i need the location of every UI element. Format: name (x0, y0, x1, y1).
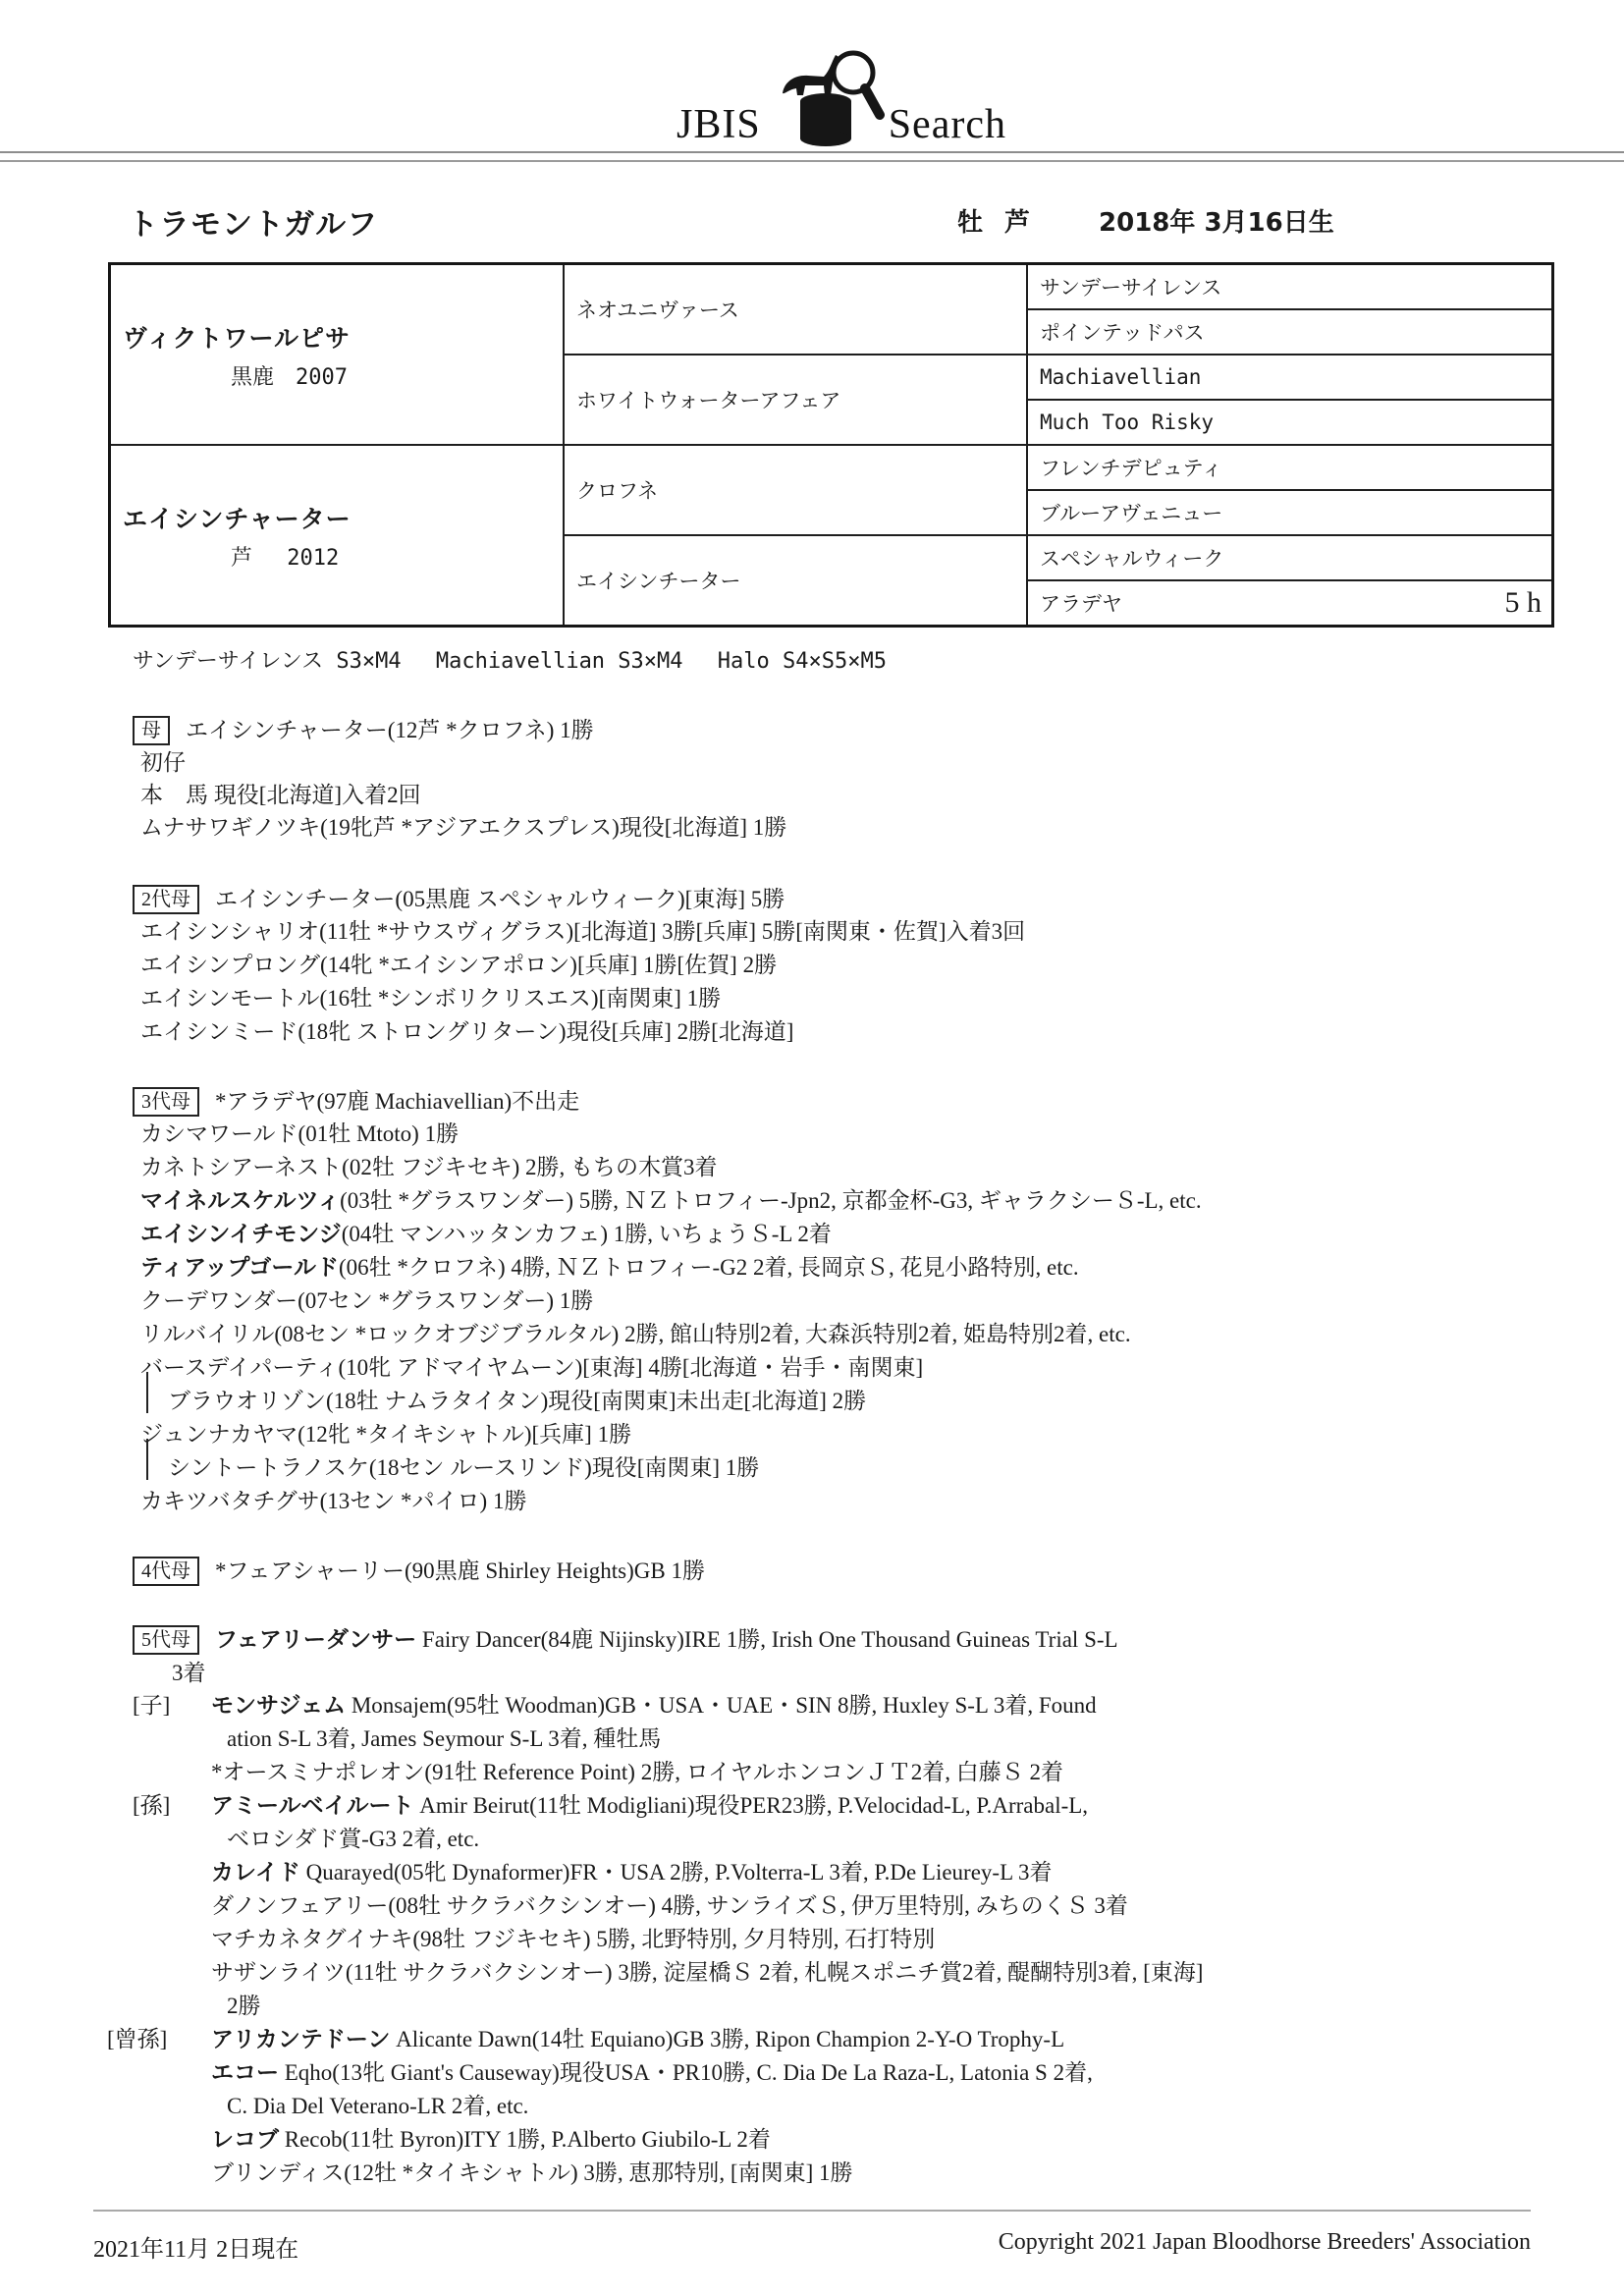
gen3-name: アラデヤ (1040, 588, 1122, 618)
head-continuation: 3着 (172, 1657, 1531, 1689)
descendant-group-children: [子] モンサジェム Monsajem(95牡 Woodman)GB・USA・U… (133, 1689, 1531, 1789)
offspring-line-continuation: C. Dia Del Veterano-LR 2着, etc. (227, 2090, 1531, 2123)
offspring-line: ダノンフェアリー(08牡 サクラバクシンオー) 4勝, サンライズＳ, 伊万里特… (211, 1889, 1531, 1923)
offspring-line: カキツバタチグサ(13セン *パイロ) 1勝 (140, 1485, 1531, 1518)
pedigree-cell-gen3-4: フレンチデピュティ (1027, 445, 1553, 490)
offspring-line: モンサジェム Monsajem(95牡 Woodman)GB・USA・UAE・S… (211, 1689, 1531, 1722)
inkpot-icon (800, 93, 851, 146)
offspring-line: マチカネタグイナキ(98牡 フジキセキ) 5勝, 北野特別, 夕月特別, 石打特… (211, 1923, 1531, 1956)
title-row: トラモントガルフ 牡芦2018年 3月16日生 (93, 199, 1531, 248)
section-granddam4: 4代母 *フェアシャーリー(90黒鹿 Shirley Heights)GB 1勝 (133, 1555, 1531, 1587)
group-lines: アリカンテドーン Alicante Dawn(14牡 Equiano)GB 3勝… (203, 2023, 1531, 2190)
offspring-line: *オースミナポレオン(91牡 Reference Point) 2勝, ロイヤル… (211, 1756, 1531, 1789)
group-tag: [孫] (133, 1789, 203, 1822)
offspring-line: アミールベイルート Amir Beirut(11牡 Modigliani)現役P… (211, 1789, 1531, 1823)
offspring-line: カシマワールド(01牡 Mtoto) 1勝 (140, 1118, 1531, 1151)
pedigree-cell-gen2-1: ホワイトウォーターアフェア (564, 355, 1027, 445)
header-double-rule (0, 151, 1624, 162)
scan-note: 5 h (1505, 586, 1543, 620)
offspring-line: アリカンテドーン Alicante Dawn(14牡 Equiano)GB 3勝… (211, 2023, 1531, 2056)
section-granddam2: 2代母 エイシンチーター(05黒鹿 スペシャルウィーク)[東海] 5勝 エイシン… (133, 883, 1531, 1049)
section-head: 4代母 *フェアシャーリー(90黒鹿 Shirley Heights)GB 1勝 (133, 1555, 1531, 1587)
section-head: 2代母 エイシンチーター(05黒鹿 スペシャルウィーク)[東海] 5勝 (133, 883, 1531, 915)
offspring-line: レコブ Recob(11牡 Byron)ITY 1勝, P.Alberto Gi… (211, 2123, 1531, 2157)
offspring-line: カネトシアーネスト(02牡 フジキセキ) 2勝, もちの木賞3着 (140, 1151, 1531, 1184)
jbis-logo-icon (769, 48, 885, 151)
granddam5-label-box: 5代母 (133, 1625, 199, 1655)
section-granddam3: 3代母 *アラデヤ(97鹿 Machiavellian)不出走 カシマワールド(… (133, 1085, 1531, 1518)
offspring-line: マイネルスケルツィ(03牡 *グラスワンダー) 5勝, ＮＺトロフィー-Jpn2… (140, 1184, 1531, 1218)
section-head: 3代母 *アラデヤ(97鹿 Machiavellian)不出走 (133, 1085, 1531, 1118)
pedigree-cell-gen3-2: Machiavellian (1027, 355, 1553, 400)
footer-date: 2021年11月 2日現在 (93, 2229, 298, 2264)
granddam2-label-box: 2代母 (133, 885, 199, 914)
group-lines: アミールベイルート Amir Beirut(11牡 Modigliani)現役P… (203, 1789, 1531, 2023)
page-footer: 2021年11月 2日現在 Copyright 2021 Japan Blood… (93, 2210, 1531, 2264)
offspring-line: サザンライツ(11牡 サクラバクシンオー) 3勝, 淀屋橋Ｓ 2着, 札幌スポニ… (211, 1956, 1531, 1990)
granddam2-head-text: エイシンチーター(05黒鹿 スペシャルウィーク)[東海] 5勝 (215, 883, 785, 915)
offspring-line: シントートラノスケ(18セン ルースリンド)現役[南関東] 1勝 (140, 1451, 1531, 1485)
pedigree-cell-gen2-3: エイシンチーター (564, 535, 1027, 627)
offspring-line: バースデイパーティ(10牝 アドマイヤムーン)[東海] 4勝[北海道・岩手・南関… (140, 1351, 1531, 1385)
logo-text-search: Search (889, 104, 1006, 145)
granddam3-label-box: 3代母 (133, 1087, 199, 1117)
table-row: エイシンチャーター 芦 2012 クロフネ フレンチデピュティ (110, 445, 1553, 490)
offspring-line-continuation: ベロシダド賞-G3 2着, etc. (227, 1823, 1531, 1856)
offspring-line: カレイド Quarayed(05牝 Dynaformer)FR・USA 2勝, … (211, 1856, 1531, 1889)
tree-connector-line (146, 1439, 148, 1480)
inbreeding-note: サンデーサイレンス S3×M4 Machiavellian S3×M4 Halo… (133, 644, 1531, 675)
mother-head-text: エイシンチャーター(12芦 *クロフネ) 1勝 (186, 714, 594, 746)
offspring-line: ムナサワギノツキ(19牝芦 *アジアエクスプレス)現役[北海道] 1勝 (140, 811, 1531, 844)
offspring-line: エイシンシャリオ(11牡 *サウスヴィグラス)[北海道] 3勝[兵庫] 5勝[南… (140, 915, 1531, 949)
pedigree-cell-gen3-3: Much Too Risky (1027, 400, 1553, 445)
offspring-line-continuation: 2勝 (227, 1990, 1531, 2023)
pedigree-cell-gen3-7: アラデヤ 5 h (1027, 580, 1553, 627)
granddam3-head-text: *アラデヤ(97鹿 Machiavellian)不出走 (215, 1085, 579, 1118)
jbis-logo: JBIS Search (59, 0, 1624, 145)
offspring-line: エコー Eqho(13牝 Giant's Causeway)現役USA・PR10… (211, 2056, 1531, 2090)
table-row: ヴィクトワールピサ 黒鹿 2007 ネオユニヴァース サンデーサイレンス (110, 264, 1553, 310)
coat-label: 芦 (1004, 208, 1030, 238)
dam-name: エイシンチャーター (123, 500, 563, 535)
pedigree-report-page: JBIS Search (0, 0, 1624, 2296)
offspring-line: エイシンモートル(16牡 *シンボリクリスエス)[南関東] 1勝 (140, 982, 1531, 1015)
group-lines: モンサジェム Monsajem(95牡 Woodman)GB・USA・UAE・S… (203, 1689, 1531, 1789)
pedigree-cell-gen3-1: ポインテッドパス (1027, 309, 1553, 355)
offspring-line-continuation: ation S-L 3着, James Seymour S-L 3着, 種牡馬 (227, 1722, 1531, 1756)
sire-detail: 黒鹿 2007 (123, 360, 563, 391)
offspring-line: ティアップゴールド(06牡 *クロフネ) 4勝, ＮＺトロフィー-G2 2着, … (140, 1251, 1531, 1285)
logo-text-jbis: JBIS (677, 104, 761, 145)
pedigree-cell-gen3-0: サンデーサイレンス (1027, 264, 1553, 310)
offspring-line: リルバイリル(08セン *ロックオブジブラルタル) 2勝, 館山特別2着, 大森… (140, 1318, 1531, 1351)
descendant-group-grandchildren: [孫] アミールベイルート Amir Beirut(11牡 Modigliani… (133, 1789, 1531, 2023)
offspring-line: ブラウオリゾン(18牡 ナムラタイタン)現役[南関東]未出走[北海道] 2勝 (140, 1385, 1531, 1418)
dam-detail: 芦 2012 (123, 541, 563, 572)
footer-row: 2021年11月 2日現在 Copyright 2021 Japan Blood… (93, 2229, 1531, 2264)
sex-label: 牡 (957, 208, 983, 238)
pedigree-cell-gen3-6: スペシャルウィーク (1027, 535, 1553, 580)
offspring-line: クーデワンダー(07セン *グラスワンダー) 1勝 (140, 1285, 1531, 1318)
pedigree-table: ヴィクトワールピサ 黒鹿 2007 ネオユニヴァース サンデーサイレンス ポイン… (108, 262, 1554, 628)
pedigree-cell-gen3-5: ブルーアヴェニュー (1027, 490, 1553, 535)
pedigree-cell-gen2-0: ネオユニヴァース (564, 264, 1027, 355)
horse-name: トラモントガルフ (128, 199, 378, 244)
offspring-line: 本 馬 現役[北海道]入着2回 (140, 779, 1531, 811)
group-tag: [子] (133, 1689, 203, 1722)
footer-copyright: Copyright 2021 Japan Bloodhorse Breeders… (999, 2229, 1531, 2264)
offspring-line: ジュンナカヤマ(12牝 *タイキシャトル)[兵庫] 1勝 (140, 1418, 1531, 1451)
sire-name: ヴィクトワールピサ (123, 319, 563, 355)
horse-basic-info: 牡芦2018年 3月16日生 (957, 202, 1334, 239)
section-head: 5代母 フェアリーダンサー Fairy Dancer(84鹿 Nijinsky)… (133, 1623, 1531, 1657)
page-content: トラモントガルフ 牡芦2018年 3月16日生 ヴィクトワールピサ 黒鹿 200… (0, 199, 1624, 2190)
group-tag: [曾孫] (107, 2023, 203, 2055)
footer-rule (93, 2210, 1531, 2212)
pedigree-cell-gen2-2: クロフネ (564, 445, 1027, 535)
offspring-line: 初仔 (140, 746, 1531, 779)
offspring-line: エイシンミード(18牝 ストロングリターン)現役[兵庫] 2勝[北海道] (140, 1015, 1531, 1049)
granddam5-head-text: フェアリーダンサー Fairy Dancer(84鹿 Nijinsky)IRE … (215, 1623, 1118, 1657)
section-head: 母 エイシンチャーター(12芦 *クロフネ) 1勝 (133, 714, 1531, 746)
tree-connector-line (146, 1372, 148, 1413)
granddam4-head-text: *フェアシャーリー(90黒鹿 Shirley Heights)GB 1勝 (215, 1555, 705, 1587)
offspring-line: ブリンディス(12牡 *タイキシャトル) 3勝, 恵那特別, [南関東] 1勝 (211, 2157, 1531, 2190)
pedigree-cell-sire: ヴィクトワールピサ 黒鹿 2007 (110, 264, 565, 446)
offspring-line: エイシンイチモンジ(04牡 マンハッタンカフェ) 1勝, いちょうＳ-L 2着 (140, 1218, 1531, 1251)
section-granddam5: 5代母 フェアリーダンサー Fairy Dancer(84鹿 Nijinsky)… (133, 1623, 1531, 2190)
descendant-group-greatgrandchildren: [曾孫] アリカンテドーン Alicante Dawn(14牡 Equiano)… (133, 2023, 1531, 2190)
granddam4-label-box: 4代母 (133, 1557, 199, 1586)
section-mother: 母 エイシンチャーター(12芦 *クロフネ) 1勝 初仔 本 馬 現役[北海道]… (133, 714, 1531, 844)
birthdate-label: 2018年 3月16日生 (1099, 208, 1334, 238)
pedigree-cell-dam: エイシンチャーター 芦 2012 (110, 445, 565, 627)
mother-label-box: 母 (133, 716, 170, 745)
offspring-line: エイシンプロング(14牝 *エイシンアポロン)[兵庫] 1勝[佐賀] 2勝 (140, 949, 1531, 982)
